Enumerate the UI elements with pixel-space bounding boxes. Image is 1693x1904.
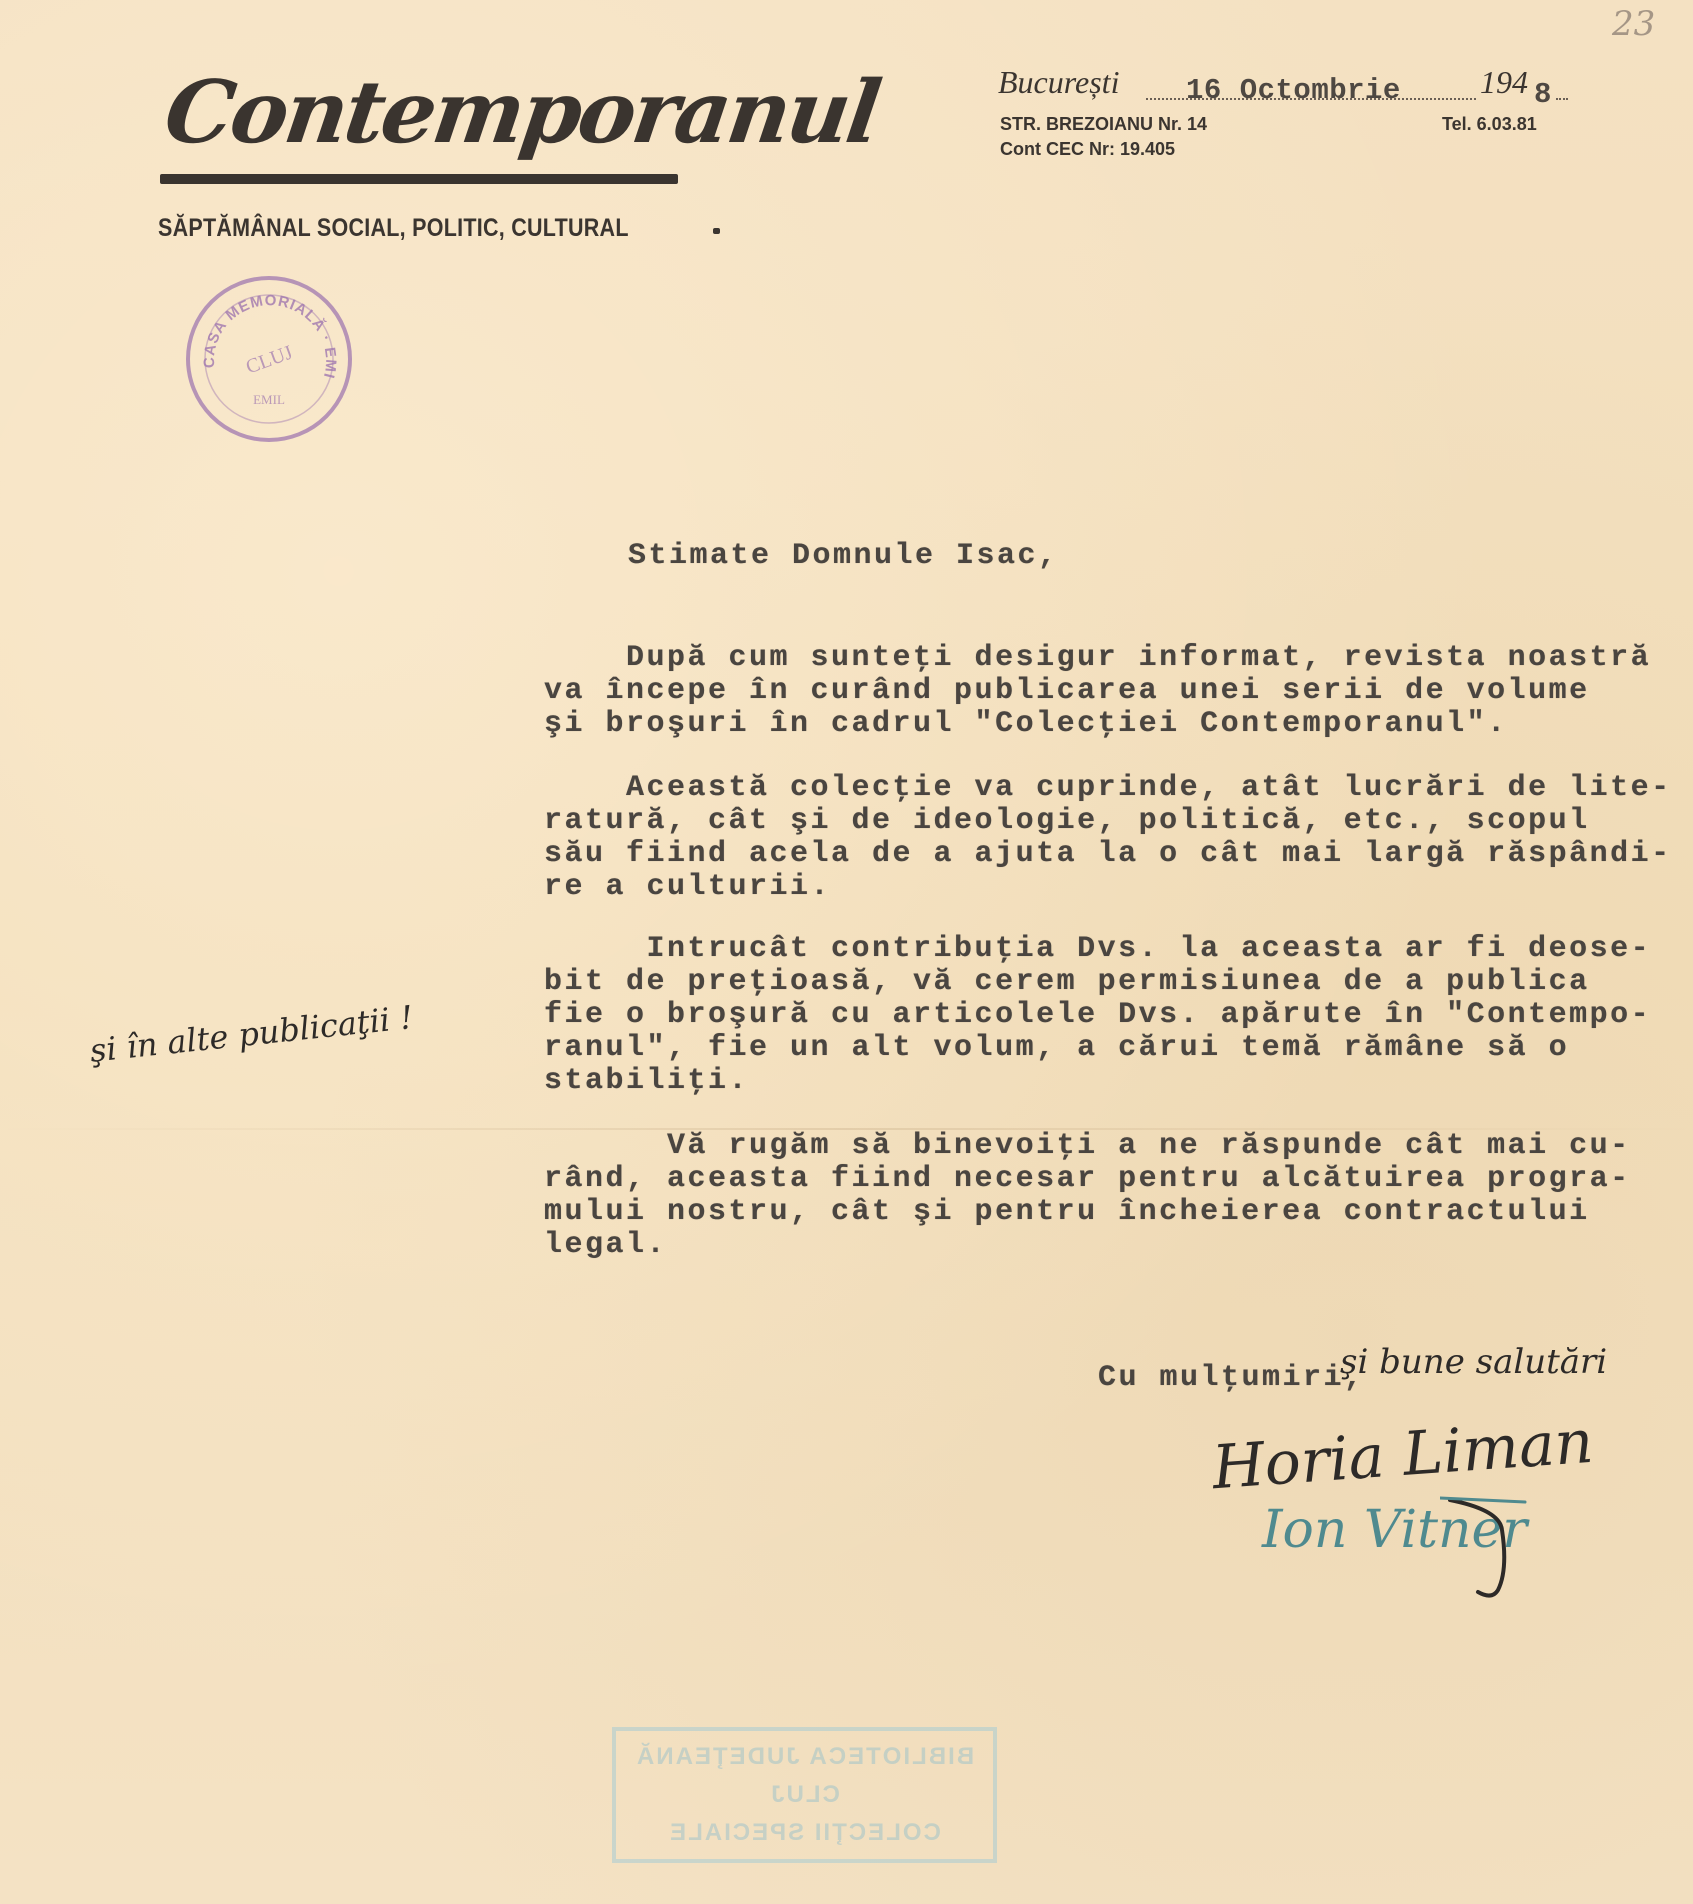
svg-text:EMIL: EMIL	[253, 392, 285, 407]
paragraph-line: După cum sunteţi desigur informat, revis…	[544, 642, 1651, 675]
archive-stamp-line: BIBLIOTECA JUDEŢEANĂ	[616, 1743, 993, 1771]
paragraph-line: stabiliţi.	[544, 1065, 1651, 1098]
paragraph-line: fie o broşură cu articolele Dvs. apărute…	[544, 999, 1651, 1032]
margin-handwritten-note: şi în alte publicaţii !	[88, 998, 415, 1070]
paragraph-line: legal.	[544, 1229, 1631, 1262]
logo-underline	[160, 174, 678, 184]
paragraph-4: Vă rugăm să binevoiţi a ne răspunde cât …	[544, 1130, 1631, 1262]
year-printed: 194	[1480, 64, 1528, 101]
bank-account: Cont CEC Nr: 19.405	[1000, 139, 1175, 160]
svg-text:CLUJ: CLUJ	[243, 341, 296, 378]
salutation: Stimate Domnule Isac,	[628, 540, 1059, 573]
year-typed: 8	[1534, 78, 1551, 111]
subtitle-mark	[713, 228, 720, 234]
paragraph-line: re a culturii.	[544, 871, 1672, 904]
phone-number: Tel. 6.03.81	[1442, 114, 1537, 135]
publication-name: Contemporanul	[159, 62, 884, 163]
archive-stamp-line: CLUJ	[616, 1781, 993, 1809]
city-label: București	[998, 64, 1119, 101]
signature-flourish-icon	[1440, 1450, 1530, 1600]
paragraph-3: Intrucât contribuţia Dvs. la aceasta ar …	[544, 933, 1651, 1098]
memorial-stamp: CASA MEMORIALĂ · EMIL ISAC CLUJ EMIL	[186, 276, 352, 442]
paragraph-line: ratură, cât şi de ideologie, politică, e…	[544, 805, 1672, 838]
paragraph-line: Intrucât contribuţia Dvs. la aceasta ar …	[544, 933, 1651, 966]
archive-stamp-line: COLECŢII SPECIALE	[616, 1819, 993, 1847]
publication-subtitle: SĂPTĂMÂNAL SOCIAL, POLITIC, CULTURAL	[158, 214, 629, 243]
stamp-ring-icon: CASA MEMORIALĂ · EMIL ISAC CLUJ EMIL	[186, 276, 352, 442]
paragraph-line: ranul", fie un alt volum, a cărui temă r…	[544, 1032, 1651, 1065]
signature-primary: Horia Liman	[1210, 1407, 1595, 1503]
publication-logo: Contemporanul	[160, 62, 800, 202]
closing-handwritten: şi bune salutări	[1340, 1342, 1607, 1382]
page-number-annotation: 23	[1612, 4, 1655, 44]
paragraph-line: Vă rugăm să binevoiţi a ne răspunde cât …	[544, 1130, 1631, 1163]
paragraph-line: Această colecţie va cuprinde, atât lucră…	[544, 772, 1672, 805]
paragraph-line: bit de preţioasă, vă cerem permisiunea d…	[544, 966, 1651, 999]
paragraph-line: va începe în curând publicarea unei seri…	[544, 675, 1651, 708]
street-address: STR. BREZOIANU Nr. 14	[1000, 114, 1207, 135]
paragraph-line: şi broşuri în cadrul "Colecţiei Contempo…	[544, 708, 1651, 741]
paragraph-line: său fiind acela de a ajuta la o cât mai …	[544, 838, 1672, 871]
year-dotted-line	[1556, 98, 1568, 100]
paragraph-1: După cum sunteţi desigur informat, revis…	[544, 642, 1651, 741]
paragraph-line: rând, aceasta fiind necesar pentru alcăt…	[544, 1163, 1631, 1196]
date-typed: 16 Octombrie	[1186, 74, 1401, 107]
closing-typed: Cu mulţumiri,	[1098, 1362, 1365, 1395]
paragraph-line: mului nostru, cât şi pentru încheierea c…	[544, 1196, 1631, 1229]
paragraph-2: Această colecţie va cuprinde, atât lucră…	[544, 772, 1672, 904]
archive-stamp: BIBLIOTECA JUDEŢEANĂ CLUJ COLECŢII SPECI…	[612, 1727, 997, 1863]
